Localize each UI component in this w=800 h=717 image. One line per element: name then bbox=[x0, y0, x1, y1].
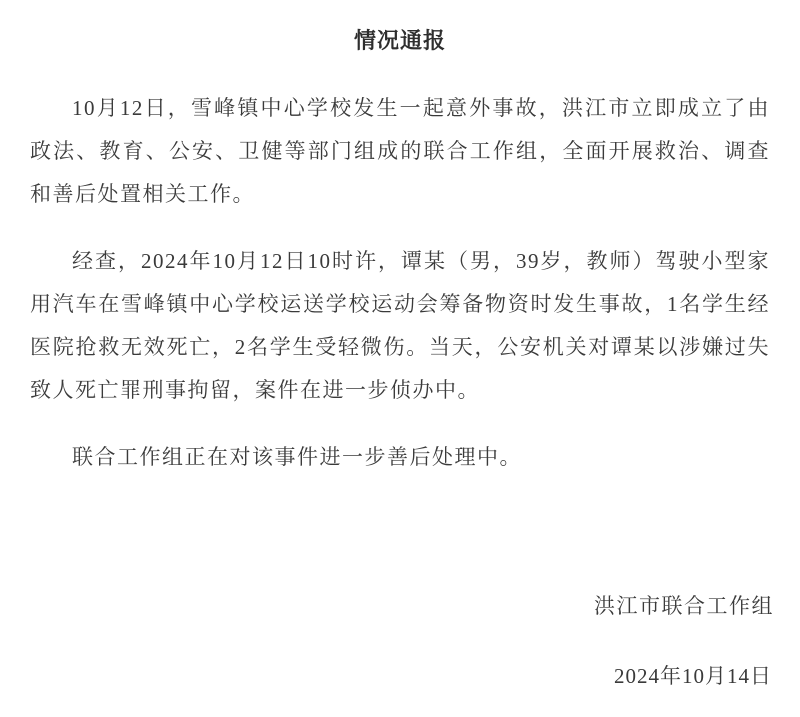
notice-document: 情况通报 10月12日，雪峰镇中心学校发生一起意外事故，洪江市立即成立了由政法、… bbox=[0, 0, 800, 717]
document-date: 2024年10月14日 bbox=[0, 655, 772, 698]
paragraph-investigation-details: 经查，2024年10月12日10时许，谭某（男，39岁，教师）驾驶小型家用汽车在… bbox=[30, 240, 770, 412]
paragraph-incident-overview: 10月12日，雪峰镇中心学校发生一起意外事故，洪江市立即成立了由政法、教育、公安… bbox=[30, 87, 770, 216]
paragraph-followup: 联合工作组正在对该事件进一步善后处理中。 bbox=[30, 436, 770, 479]
signature: 洪江市联合工作组 bbox=[0, 585, 774, 628]
page-title: 情况通报 bbox=[0, 0, 800, 56]
